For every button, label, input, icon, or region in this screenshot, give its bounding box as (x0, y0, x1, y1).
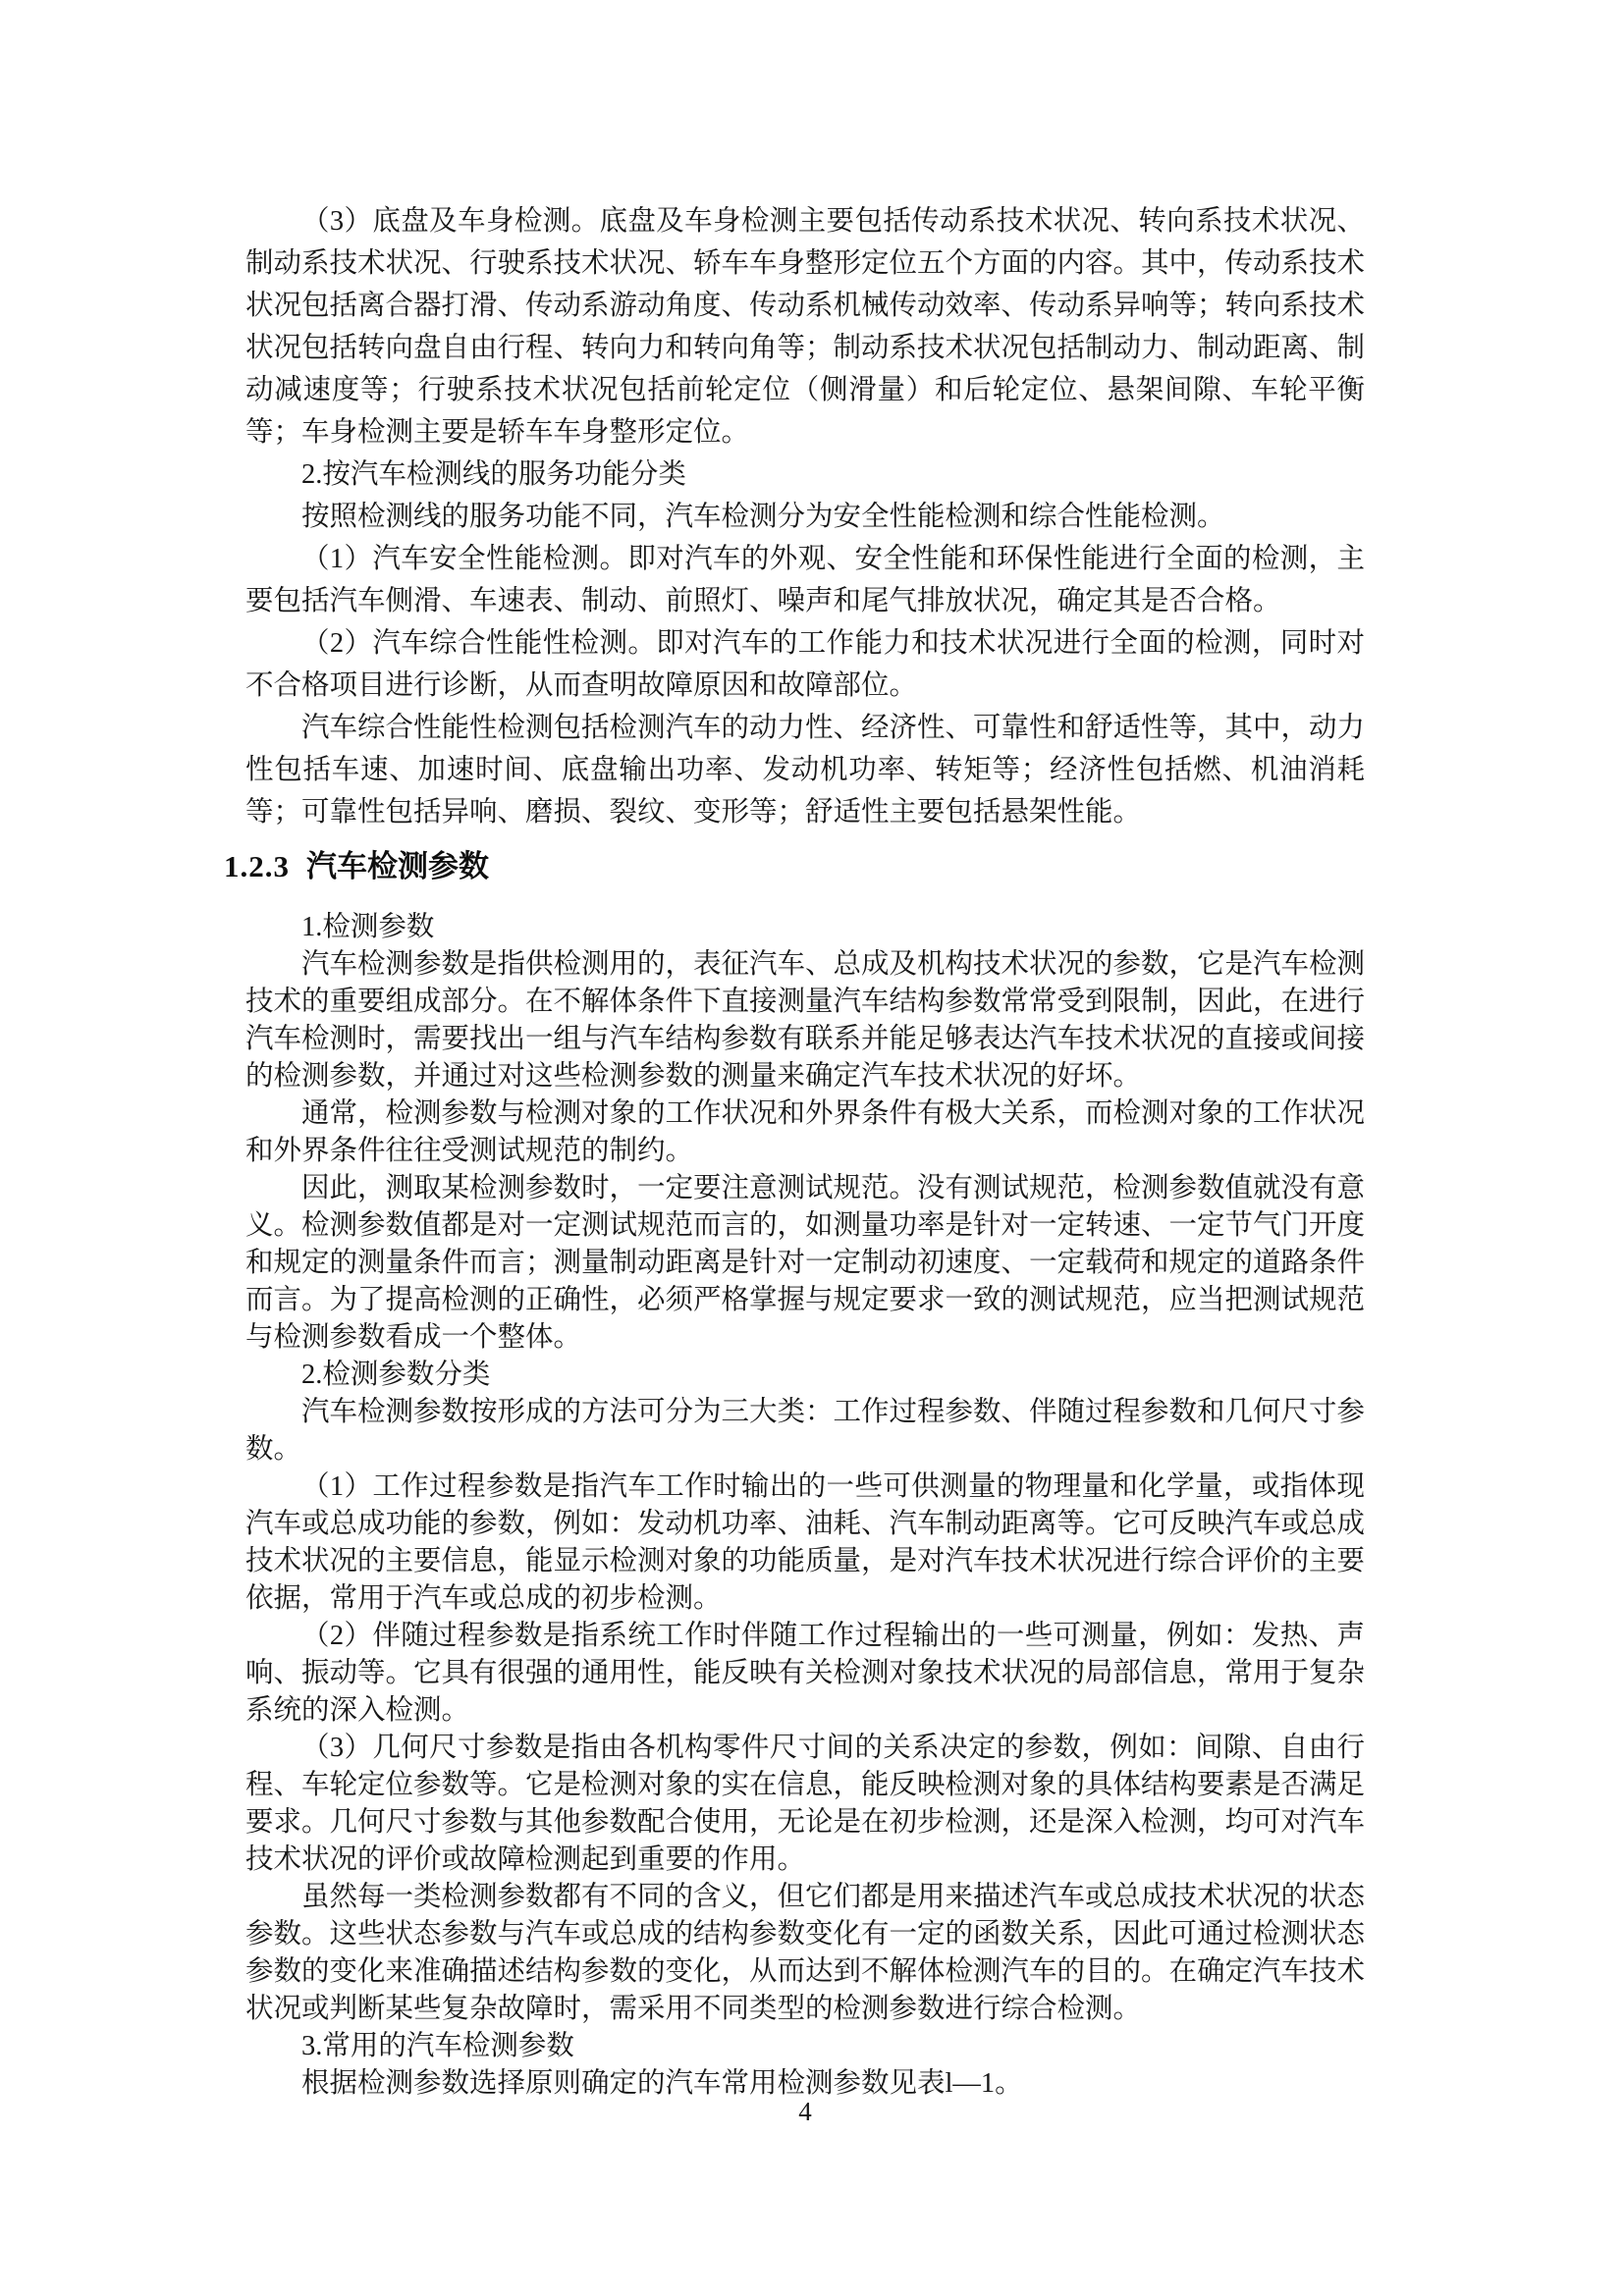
paragraph: 因此，测取某检测参数时，一定要注意测试规范。没有测试规范，检测参数值就没有意义。… (245, 1170, 1365, 1357)
paragraph: 汽车综合性能性检测包括检测汽车的动力性、经济性、可靠性和舒适性等，其中，动力性包… (245, 707, 1365, 833)
section-heading-number: 1.2.3 (224, 849, 290, 883)
paragraph: 1.检测参数 (245, 909, 1365, 946)
paragraph: （2）伴随过程参数是指系统工作时伴随工作过程输出的一些可测量，例如：发热、声响、… (245, 1618, 1365, 1730)
paragraph: 通常，检测参数与检测对象的工作状况和外界条件有极大关系，而检测对象的工作状况和外… (245, 1095, 1365, 1170)
paragraph: （3）几何尺寸参数是指由各机构零件尺寸间的关系决定的参数，例如：间隙、自由行程、… (245, 1730, 1365, 1879)
intro-section: （3）底盘及车身检测。底盘及车身检测主要包括传动系技术状况、转向系技术状况、制动… (245, 200, 1365, 833)
paragraph: 汽车检测参数是指供检测用的，表征汽车、总成及机构技术状况的参数，它是汽车检测技术… (245, 946, 1365, 1095)
paragraph: 虽然每一类检测参数都有不同的含义，但它们都是用来描述汽车或总成技术状况的状态参数… (245, 1879, 1365, 2028)
paragraph: 2.按汽车检测线的服务功能分类 (245, 454, 1365, 496)
paragraph: （1）工作过程参数是指汽车工作时输出的一些可供测量的物理量和化学量，或指体现汽车… (245, 1468, 1365, 1618)
paragraph: 汽车检测参数按形成的方法可分为三大类：工作过程参数、伴随过程参数和几何尺寸参数。 (245, 1394, 1365, 1468)
section-body: 1.检测参数汽车检测参数是指供检测用的，表征汽车、总成及机构技术状况的参数，它是… (245, 909, 1365, 2103)
document-page: （3）底盘及车身检测。底盘及车身检测主要包括传动系技术状况、转向系技术状况、制动… (0, 0, 1624, 2296)
paragraph: （1）汽车安全性能检测。即对汽车的外观、安全性能和环保性能进行全面的检测，主要包… (245, 538, 1365, 622)
section-heading: 1.2.3汽车检测参数 (224, 845, 1365, 888)
paragraph: 3.常用的汽车检测参数 (245, 2028, 1365, 2065)
section-heading-title: 汽车检测参数 (306, 849, 489, 883)
paragraph: 2.检测参数分类 (245, 1357, 1365, 1394)
paragraph: （3）底盘及车身检测。底盘及车身检测主要包括传动系技术状况、转向系技术状况、制动… (245, 200, 1365, 454)
page-number: 4 (245, 2097, 1365, 2127)
paragraph: （2）汽车综合性能性检测。即对汽车的工作能力和技术状况进行全面的检测，同时对不合… (245, 622, 1365, 707)
paragraph: 按照检测线的服务功能不同，汽车检测分为安全性能检测和综合性能检测。 (245, 496, 1365, 538)
page-content: （3）底盘及车身检测。底盘及车身检测主要包括传动系技术状况、转向系技术状况、制动… (245, 200, 1365, 2103)
